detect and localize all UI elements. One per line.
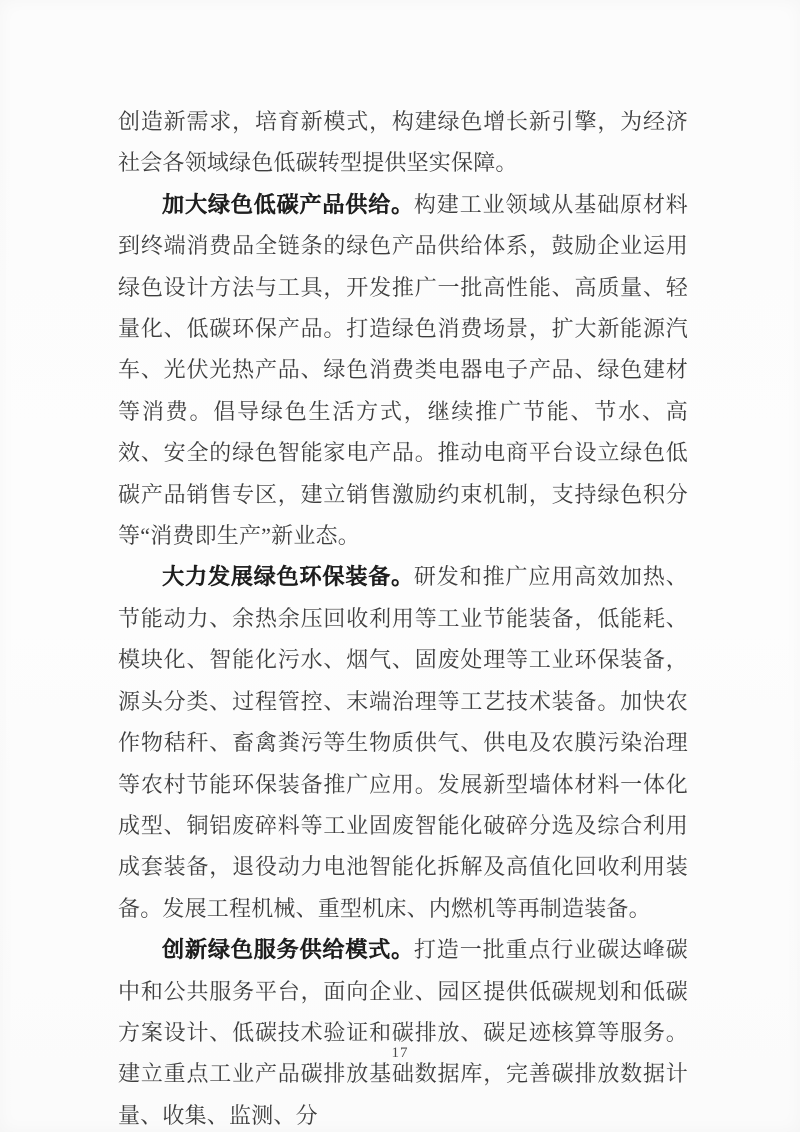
page-number: 17 [392,1045,409,1062]
paragraph-lead: 创新绿色服务供给模式。 [162,937,414,962]
paragraph-lead: 大力发展绿色环保装备。 [162,564,414,589]
document-page: 创造新需求，培育新模式，构建绿色增长新引擎，为经济社会各领域绿色低碳转型提供坚实… [0,0,800,1132]
paragraph-lead: 加大绿色低碳产品供给。 [162,192,414,217]
paragraph-body: 打造一批重点行业碳达峰碳中和公共服务平台，面向企业、园区提供低碳规划和低碳方案设… [118,937,688,1128]
paragraph-body: 创造新需求，培育新模式，构建绿色增长新引擎，为经济社会各领域绿色低碳转型提供坚实… [118,109,688,175]
paragraph-green-services: 创新绿色服务供给模式。打造一批重点行业碳达峰碳中和公共服务平台，面向企业、园区提… [118,929,688,1132]
paragraph-body: 研发和推广应用高效加热、节能动力、余热余压回收利用等工业节能装备，低能耗、模块化… [118,564,688,920]
paragraph-body: 构建工业领域从基础原材料到终端消费品全链条的绿色产品供给体系，鼓励企业运用绿色设… [118,192,688,548]
paragraph-green-equipment: 大力发展绿色环保装备。研发和推广应用高效加热、节能动力、余热余压回收利用等工业节… [118,556,688,929]
paragraph-continuation: 创造新需求，培育新模式，构建绿色增长新引擎，为经济社会各领域绿色低碳转型提供坚实… [118,101,688,184]
page-footer: 17 [0,1044,800,1062]
text-block: 创造新需求，培育新模式，构建绿色增长新引擎，为经济社会各领域绿色低碳转型提供坚实… [118,101,688,1132]
paragraph-product-supply: 加大绿色低碳产品供给。构建工业领域从基础原材料到终端消费品全链条的绿色产品供给体… [118,184,688,557]
